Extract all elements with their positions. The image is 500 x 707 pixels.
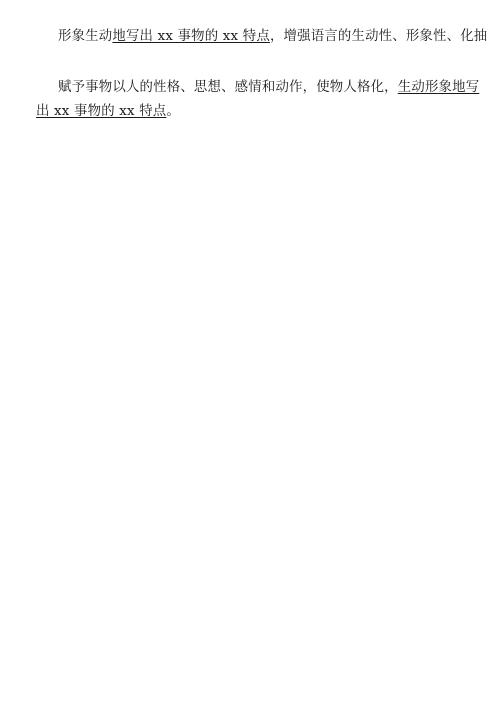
- item-simile: 形象生动地写出 xx 事物的 xx 特点，增强语言的生动性、形象性、化抽: [58, 27, 464, 45]
- item-rhetorical-question: [58, 272, 464, 290]
- section-18-line: [36, 431, 464, 449]
- section-18-heading: [62, 357, 464, 375]
- item-repetition: [58, 207, 464, 225]
- item-irony: [58, 314, 464, 332]
- item-hyperbole: [58, 116, 464, 134]
- item-quotation: [62, 295, 464, 313]
- section-19-line: [36, 530, 464, 548]
- item-rhetorical-qa: [58, 247, 464, 265]
- section-18-line: [36, 406, 464, 424]
- section-19-line: [36, 580, 464, 598]
- item-simile-cont: [36, 53, 464, 71]
- item-text: 形象生动地写出 xx 事物的 xx 特点，增强语言的生动性、形象性、化抽: [58, 29, 487, 44]
- item-parallelism: [58, 142, 464, 160]
- section-19-heading: [58, 455, 464, 473]
- item-text: 赋予事物以人的性格、思想、感情和动作，使物人格化，生动形象地写: [58, 80, 479, 95]
- section-20-line: [36, 630, 464, 648]
- item-contrast: [58, 337, 464, 355]
- item-antithesis: [58, 182, 464, 200]
- section-20-heading: [58, 605, 464, 623]
- section-19-line: [36, 505, 464, 523]
- section-18-line: [58, 381, 464, 399]
- document-page: 形象生动地写出 xx 事物的 xx 特点，增强语言的生动性、形象性、化抽 赋予事…: [0, 0, 500, 707]
- section-19-line: [58, 479, 464, 497]
- item-personification: 赋予事物以人的性格、思想、感情和动作，使物人格化，生动形象地写: [58, 78, 464, 96]
- section-19-line: [36, 555, 464, 573]
